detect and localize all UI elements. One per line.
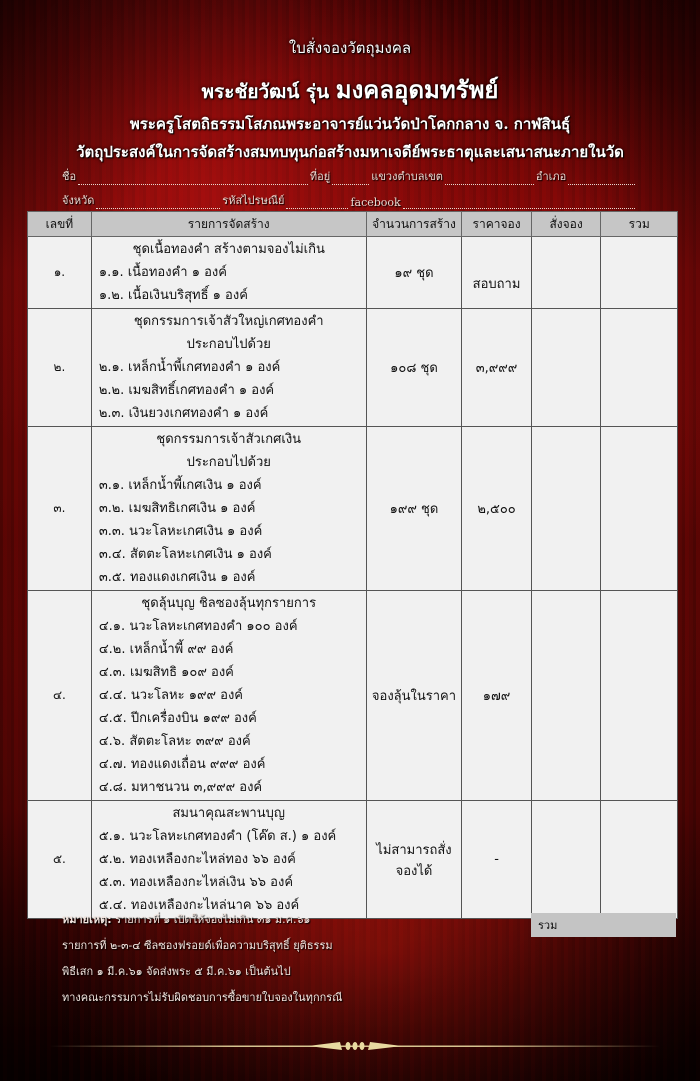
row-order-input[interactable]: [531, 237, 601, 309]
header-total: รวม: [601, 212, 678, 237]
header-quantity: จำนวนการสร้าง: [366, 212, 462, 237]
item-line: ๕.๒. ทองเหลืองกะไหล่ทอง ๖๖ องค์: [93, 848, 365, 871]
item-set-title: ชุดลุ้นบุญ ชิลซองลุ้นทุกรายการ: [93, 592, 365, 615]
item-set-title: ชุดกรรมการเจ้าสัวใหญ่เกศทองคำ: [93, 310, 365, 333]
row-items: สมนาคุณสะพานบุญ๕.๑. นวะโลหะเกศทองคำ (โค๊…: [91, 801, 366, 919]
order-form-page: ใบสั่งจองวัตถุมงคล พระชัยวัฒน์ รุ่น มงคล…: [0, 0, 700, 1081]
header-item: รายการจัดสร้าง: [91, 212, 366, 237]
item-line: ๔.๘. มหาชนวน ๓,๙๙๙ องค์: [93, 776, 365, 799]
table-row: ๔.ชุดลุ้นบุญ ชิลซองลุ้นทุกรายการ๔.๑. นวะ…: [28, 591, 678, 801]
order-table: เลขที่ รายการจัดสร้าง จำนวนการสร้าง ราคา…: [27, 211, 678, 919]
notes-section: หมายเหตุ: รายการที่ ๑ เปิดให้จองไม่เกิน …: [62, 910, 342, 1014]
row-total[interactable]: [601, 237, 678, 309]
row-price: ๒,๕๐๐: [462, 427, 531, 591]
note-line: ทางคณะกรรมการไม่รับผิดชอบการซื้อขายใบจอง…: [62, 988, 342, 1014]
row-total[interactable]: [601, 591, 678, 801]
item-line: ๑.๑. เนื้อทองคำ ๑ องค์: [93, 261, 365, 284]
grand-total-label: รวม: [538, 916, 557, 934]
item-set-title: ชุดกรรมการเจ้าสัวเกศเงิน: [93, 428, 365, 451]
table-body: ๑.ชุดเนื้อทองคำ สร้างตามจองไม่เกิน๑.๑. เ…: [28, 237, 678, 919]
header-number: เลขที่: [28, 212, 92, 237]
item-line: ๒.๒. เมฆสิทธิ์เกศทองคำ ๑ องค์: [93, 379, 365, 402]
row-items: ชุดกรรมการเจ้าสัวเกศเงินประกอบไปด้วย๓.๑.…: [91, 427, 366, 591]
row-quantity: ๑๙ ชุด: [366, 237, 462, 309]
monk-name: พระครูโสตถิธรรมโสภณพระอาจารย์แว่นวัดป่าโ…: [0, 112, 700, 136]
table-row: ๒.ชุดกรรมการเจ้าสัวใหญ่เกศทองคำประกอบไปด…: [28, 309, 678, 427]
header-order: สั่งจอง: [531, 212, 601, 237]
amulet-heading: พระชัยวัฒน์ รุ่น มงคลอุดมทรัพย์: [0, 70, 700, 109]
district-label: แขวงตำบลเขต: [371, 167, 443, 185]
row-quantity: ไม่สามารถสั่ง จองได้: [366, 801, 462, 919]
row-order-input[interactable]: [531, 591, 601, 801]
item-set-title: สมนาคุณสะพานบุญ: [93, 802, 365, 825]
item-line: ๓.๑. เหล็กน้ำพี้เกศเงิน ๑ องค์: [93, 474, 365, 497]
item-line: ๑.๒. เนื้อเงินบริสุทธิ์ ๑ องค์: [93, 284, 365, 307]
row-quantity: ๑๙๙ ชุด: [366, 427, 462, 591]
item-line: ๔.๖. สัตตะโลหะ ๓๙๙ องค์: [93, 730, 365, 753]
table-row: ๕.สมนาคุณสะพานบุญ๕.๑. นวะโลหะเกศทองคำ (โ…: [28, 801, 678, 919]
amulet-name: มงคลอุดมทรัพย์: [336, 75, 499, 104]
name-label: ชื่อ: [62, 167, 76, 185]
table-row: ๓.ชุดกรรมการเจ้าสัวเกศเงินประกอบไปด้วย๓.…: [28, 427, 678, 591]
form-title: ใบสั่งจองวัตถุมงคล: [0, 36, 700, 60]
row-order-input[interactable]: [531, 427, 601, 591]
header-price: ราคาจอง: [462, 212, 531, 237]
district-field[interactable]: [445, 175, 534, 185]
row-number: ๒.: [28, 309, 92, 427]
facebook-field[interactable]: [403, 199, 635, 209]
row-number: ๑.: [28, 237, 92, 309]
amulet-prefix: พระชัยวัฒน์ รุ่น: [202, 81, 330, 103]
row-total[interactable]: [601, 427, 678, 591]
row-order-input[interactable]: [531, 801, 601, 919]
table-header-row: เลขที่ รายการจัดสร้าง จำนวนการสร้าง ราคา…: [28, 212, 678, 237]
postcode-label: รหัสไปรษณีย์: [222, 191, 284, 209]
row-items: ชุดลุ้นบุญ ชิลซองลุ้นทุกรายการ๔.๑. นวะโล…: [91, 591, 366, 801]
purpose-text: วัตถุประสงค์ในการจัดสร้างสมทบทุนก่อสร้าง…: [0, 140, 700, 164]
row-order-input[interactable]: [531, 309, 601, 427]
item-set-title: ประกอบไปด้วย: [93, 451, 365, 474]
row-price: ๑๗๙: [462, 591, 531, 801]
item-line: ๒.๑. เหล็กน้ำพี้เกศทองคำ ๑ องค์: [93, 356, 365, 379]
row-quantity: จองลุ้นในราคา: [366, 591, 462, 801]
row-number: ๔.: [28, 591, 92, 801]
note-line: หมายเหตุ: รายการที่ ๑ เปิดให้จองไม่เกิน …: [62, 910, 342, 936]
item-line: ๔.๓. เมฆสิทธิ ๑๐๙ องค์: [93, 661, 365, 684]
row-total[interactable]: [601, 801, 678, 919]
item-line: ๔.๑. นวะโลหะเกศทองคำ ๑๐๐ องค์: [93, 615, 365, 638]
item-line: ๓.๕. ทองแดงเกศเงิน ๑ องค์: [93, 566, 365, 589]
row-items: ชุดกรรมการเจ้าสัวใหญ่เกศทองคำประกอบไปด้ว…: [91, 309, 366, 427]
item-line: ๔.๗. ทองแดงเถื่อน ๙๙๙ องค์: [93, 753, 365, 776]
amphoe-field[interactable]: [568, 175, 635, 185]
item-line: ๕.๑. นวะโลหะเกศทองคำ (โค๊ด ส.) ๑ องค์: [93, 825, 365, 848]
item-line: ๕.๓. ทองเหลืองกะไหล่เงิน ๖๖ องค์: [93, 871, 365, 894]
note-line: รายการที่ ๒-๓-๔ ซีลซองฟรอยด์เพื่อความบริ…: [62, 936, 342, 962]
amphoe-label: อำเภอ: [536, 167, 566, 185]
item-set-title: ชุดเนื้อทองคำ สร้างตามจองไม่เกิน: [93, 238, 365, 261]
address-label: ที่อยู่: [310, 167, 330, 185]
form-row-name: ชื่อ ที่อยู่ แขวงตำบลเขต อำเภอ: [62, 167, 637, 185]
grand-total-box[interactable]: รวม: [531, 913, 676, 937]
item-line: ๔.๒. เหล็กน้ำพี้ ๙๙ องค์: [93, 638, 365, 661]
item-set-title: ประกอบไปด้วย: [93, 333, 365, 356]
ornament-divider-icon: [50, 1040, 660, 1052]
item-line: ๓.๓. นวะโลหะเกศเงิน ๑ องค์: [93, 520, 365, 543]
row-price: -: [462, 801, 531, 919]
note-line: พิธีเสก ๑ มี.ค.๖๑ จัดส่งพระ ๕ มี.ค.๖๑ เป…: [62, 962, 342, 988]
row-price: ๓,๙๙๙: [462, 309, 531, 427]
row-items: ชุดเนื้อทองคำ สร้างตามจองไม่เกิน๑.๑. เนื…: [91, 237, 366, 309]
item-line: ๓.๒. เมฆสิทธิเกศเงิน ๑ องค์: [93, 497, 365, 520]
postcode-field[interactable]: [286, 199, 348, 209]
item-line: ๔.๔. นวะโลหะ ๑๙๙ องค์: [93, 684, 365, 707]
address-field[interactable]: [332, 175, 369, 185]
item-line: ๒.๓. เงินยวงเกศทองคำ ๑ องค์: [93, 402, 365, 425]
facebook-label: facebook: [350, 196, 400, 209]
row-number: ๓.: [28, 427, 92, 591]
row-number: ๕.: [28, 801, 92, 919]
item-line: ๔.๕. ปีกเครื่องบิน ๑๙๙ องค์: [93, 707, 365, 730]
row-total[interactable]: [601, 309, 678, 427]
notes-label: หมายเหตุ:: [62, 913, 112, 926]
form-row-province: จังหวัด รหัสไปรษณีย์ facebook: [62, 191, 637, 209]
province-label: จังหวัด: [62, 191, 94, 209]
name-field[interactable]: [78, 175, 308, 185]
row-quantity: ๑๐๘ ชุด: [366, 309, 462, 427]
table-row: ๑.ชุดเนื้อทองคำ สร้างตามจองไม่เกิน๑.๑. เ…: [28, 237, 678, 309]
province-field[interactable]: [96, 199, 220, 209]
item-line: ๓.๔. สัตตะโลหะเกศเงิน ๑ องค์: [93, 543, 365, 566]
row-price: สอบถาม: [462, 237, 531, 309]
